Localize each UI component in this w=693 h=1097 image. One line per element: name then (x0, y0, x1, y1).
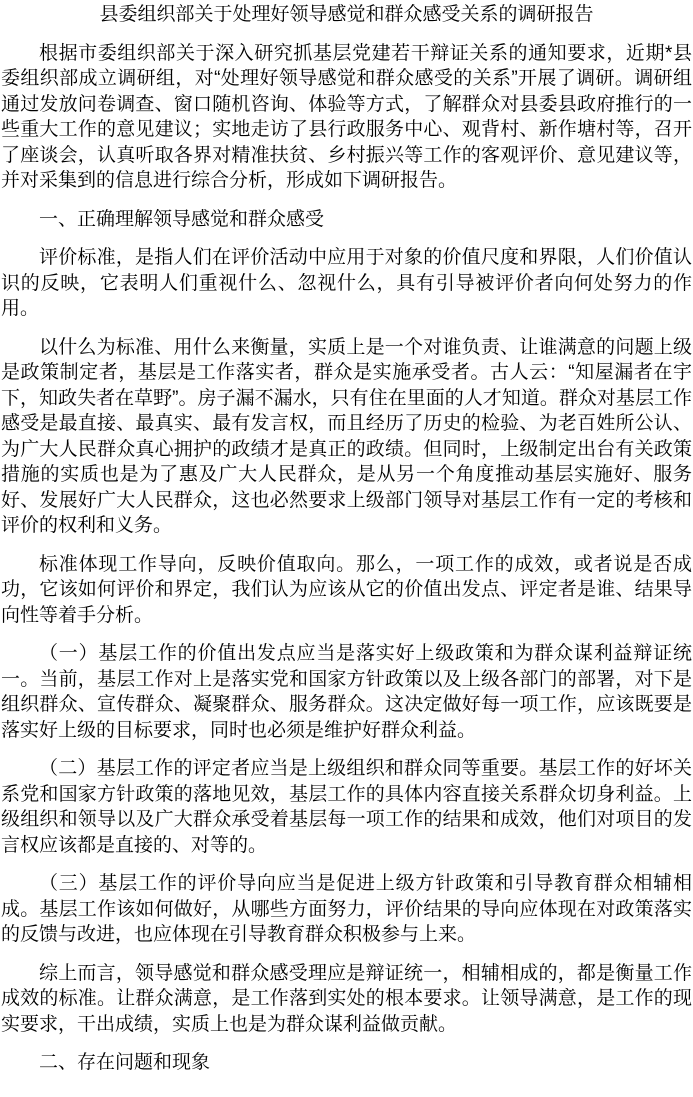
body-paragraph: （三）基层工作的评价导向应当是促进上级方针政策和引导教育群众相辅相成。基层工作该… (1, 871, 692, 948)
document-title: 县委组织部关于处理好领导感觉和群众感受关系的调研报告 (1, 2, 692, 28)
section-heading: 二、存在问题和现象 (1, 1050, 692, 1076)
document-body: 根据市委组织部关于深入研究抓基层党建若干辩证关系的通知要求，近期*县委组织部成立… (1, 41, 692, 1076)
body-paragraph: 标准体现工作导向，反映价值取向。那么，一项工作的成效，或者说是否成功，它该如何评… (1, 552, 692, 629)
body-paragraph: 根据市委组织部关于深入研究抓基层党建若干辩证关系的通知要求，近期*县委组织部成立… (1, 41, 692, 194)
body-paragraph: （二）基层工作的评定者应当是上级组织和群众同等重要。基层工作的好坏关系党和国家方… (1, 756, 692, 858)
body-paragraph: 以什么为标准、用什么来衡量，实质上是一个对谁负责、让谁满意的问题上级是政策制定者… (1, 335, 692, 539)
section-heading: 一、正确理解领导感觉和群众感受 (1, 207, 692, 233)
body-paragraph: 综上而言，领导感觉和群众感受理应是辩证统一，相辅相成的，都是衡量工作成效的标准。… (1, 961, 692, 1038)
body-paragraph: （一）基层工作的价值出发点应当是落实好上级政策和为群众谋利益辩证统一。当前，基层… (1, 641, 692, 743)
document-page: 县委组织部关于处理好领导感觉和群众感受关系的调研报告 根据市委组织部关于深入研究… (0, 0, 693, 1097)
body-paragraph: 评价标准，是指人们在评价活动中应用于对象的价值尺度和界限，人们价值认识的反映，它… (1, 245, 692, 322)
